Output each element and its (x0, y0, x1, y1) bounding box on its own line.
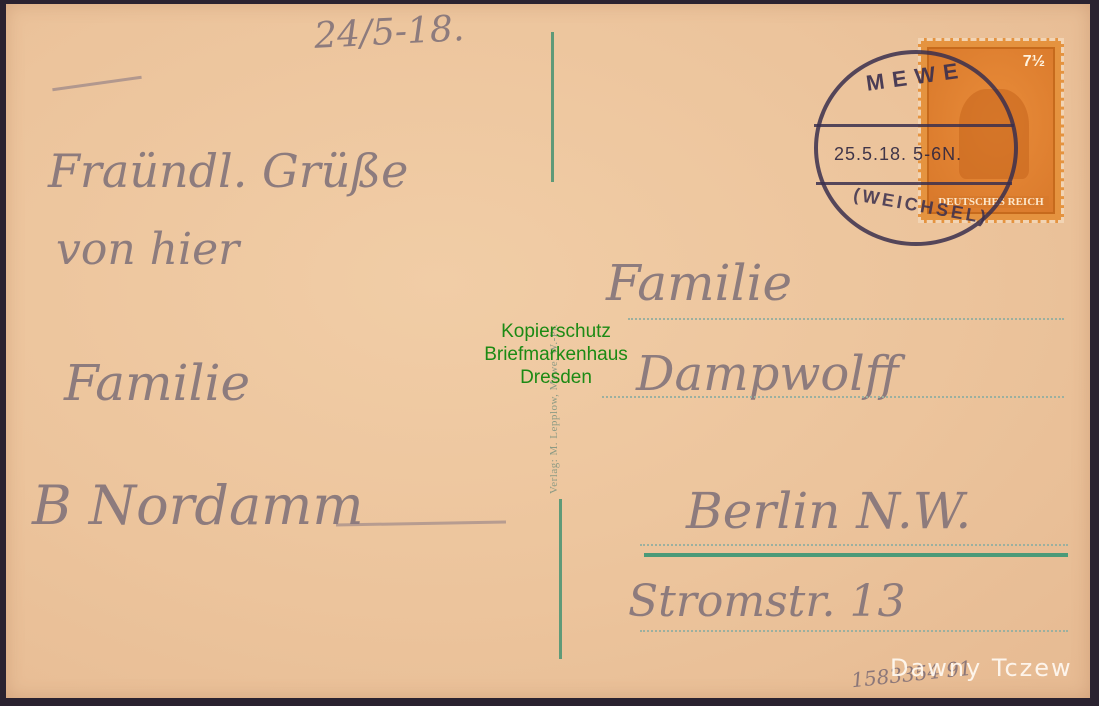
watermark-line-2: Briefmarkenhaus (446, 343, 666, 366)
address-line-4: Stromstr. 13 (628, 576, 906, 627)
handwritten-line-family: Familie (64, 354, 250, 412)
divider-line-bottom (559, 499, 562, 659)
handwritten-line-from: von hier (56, 224, 239, 275)
postmark-bar-top (814, 124, 1014, 127)
postcard: 24/5-18. Fraündl. Grüße von hier Familie… (6, 4, 1090, 698)
address-rule-2 (602, 396, 1064, 398)
copy-protection-watermark: Kopierschutz Briefmarkenhaus Dresden (446, 320, 666, 389)
address-line-1: Familie (606, 254, 792, 312)
address-underline-green (644, 553, 1068, 557)
address-line-2: Dampwolff (636, 346, 899, 402)
divider-line-top (551, 32, 554, 182)
watermark-line-1: Kopierschutz (446, 320, 666, 343)
address-rule-3 (640, 544, 1068, 546)
pencil-stroke (52, 76, 142, 91)
postmark-date: 25.5.18. 5-6N. (834, 144, 962, 165)
watermark-line-3: Dresden (446, 366, 666, 389)
stamp-value: 7½ (1023, 53, 1045, 71)
address-rule-1 (628, 318, 1064, 320)
address-rule-4 (640, 630, 1068, 632)
address-line-3: Berlin N.W. (686, 482, 971, 540)
corner-watermark: Dawny Tczew (890, 654, 1073, 682)
handwritten-date: 24/5-18. (313, 8, 465, 57)
handwritten-line-greeting: Fraündl. Grüße (48, 144, 408, 198)
handwritten-signature: B Nordamm (32, 474, 364, 537)
